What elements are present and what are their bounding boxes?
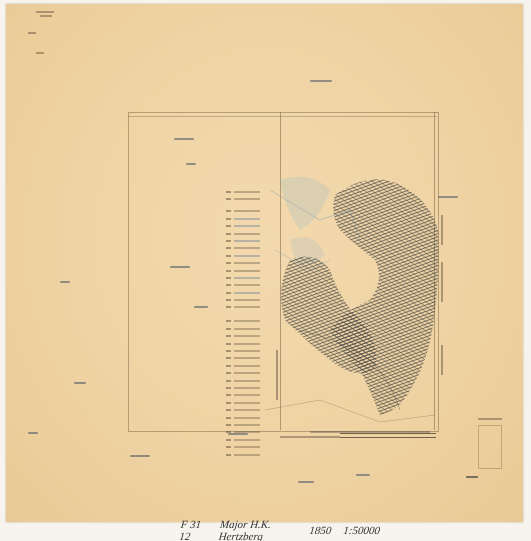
archive-note — [36, 52, 44, 54]
frame-side-label — [441, 215, 443, 245]
inset-sketch — [478, 425, 502, 469]
inset-note — [478, 418, 502, 420]
archive-note — [36, 11, 54, 13]
scale-note — [280, 436, 340, 438]
frame-top-line — [128, 116, 437, 117]
place-label — [356, 474, 370, 476]
place-label — [74, 382, 86, 384]
frame-side-label — [441, 345, 443, 375]
caption-year: 1850 — [309, 525, 332, 537]
inset-note — [466, 476, 478, 478]
caption-sheet-id: F 31 12 — [179, 519, 209, 541]
place-label — [298, 481, 314, 483]
place-label — [130, 455, 150, 457]
caption-author: Major H.K. Hertzberg — [218, 519, 299, 541]
place-label — [310, 80, 332, 82]
place-label — [194, 306, 208, 308]
place-label — [174, 138, 194, 140]
archive-note — [28, 32, 36, 34]
archive-note — [40, 15, 52, 17]
place-label — [28, 432, 38, 434]
place-label — [170, 266, 190, 268]
terrain-hachures — [260, 160, 460, 430]
sheet-caption: F 31 12 Major H.K. Hertzberg 1850 1:5000… — [179, 523, 381, 539]
caption-scale: 1:50000 — [343, 525, 381, 537]
frame-side-label — [276, 350, 278, 400]
place-label — [186, 163, 196, 165]
place-label — [60, 281, 70, 283]
frame-side-label — [441, 262, 443, 302]
scale-bar — [340, 433, 436, 438]
